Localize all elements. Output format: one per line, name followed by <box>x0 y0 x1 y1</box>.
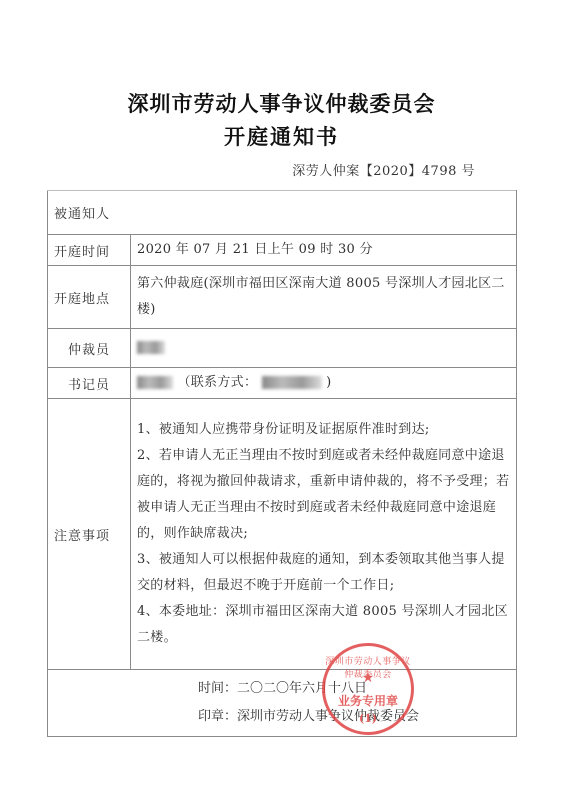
seal-number: (1) <box>325 712 411 725</box>
footer-cell: 时间：二〇二〇年六月十八日 印章：深圳市劳动人事争议仲裁委员会 <box>48 670 517 737</box>
clerk-value: （联系方式： ) <box>131 368 517 399</box>
document-subtitle: 开庭通知书 <box>0 121 563 151</box>
hearing-place-value: 第六仲裁庭(深圳市福田区深南大道 8005 号深圳人才园北区二楼) <box>131 266 517 329</box>
clerk-contact-suffix: ) <box>326 375 331 390</box>
arbitrator-value <box>131 329 517 368</box>
row-notified-party: 被通知人 <box>48 191 517 235</box>
hearing-time-label: 开庭时间 <box>48 235 131 266</box>
redacted-clerk-contact <box>262 376 322 389</box>
arbitrator-label: 仲裁员 <box>48 329 131 368</box>
redacted-arbitrator-name <box>137 341 165 354</box>
hearing-place-label: 开庭地点 <box>48 266 131 329</box>
redacted-clerk-name <box>137 376 173 389</box>
note-item: 3、被通知人可以根据仲裁庭的通知，到本委领取其他当事人提交的材料，但最迟不晚于开… <box>137 547 510 599</box>
seal-star-icon: ★ <box>325 670 411 686</box>
notes-label: 注意事项 <box>48 399 131 670</box>
row-hearing-time: 开庭时间 2020 年 07 月 21 日上午 09 时 30 分 <box>48 235 517 266</box>
note-item: 2、若申请人无正当理由不按时到庭或者未经仲裁庭同意中途退庭的，将视为撤回仲裁请求… <box>137 443 510 547</box>
note-item: 1、被通知人应携带身份证明及证据原件准时到达; <box>137 417 510 443</box>
document-title: 深圳市劳动人事争议仲裁委员会 <box>0 88 563 118</box>
clerk-label: 书记员 <box>48 368 131 399</box>
note-item: 4、本委地址：深圳市福田区深南大道 8005 号深圳人才园北区二楼。 <box>137 599 510 651</box>
seal-center-text: 业务专用章 <box>325 692 411 709</box>
case-number: 深劳人仲案【2020】4798 号 <box>292 160 475 179</box>
clerk-contact-label: （联系方式： <box>177 375 257 390</box>
notified-party-label: 被通知人 <box>48 191 517 235</box>
row-footer: 时间：二〇二〇年六月十八日 印章：深圳市劳动人事争议仲裁委员会 <box>48 670 517 737</box>
row-arbitrator: 仲裁员 <box>48 329 517 368</box>
row-notes: 注意事项 1、被通知人应携带身份证明及证据原件准时到达; 2、若申请人无正当理由… <box>48 399 517 670</box>
row-clerk: 书记员 （联系方式： ) <box>48 368 517 399</box>
hearing-time-value: 2020 年 07 月 21 日上午 09 时 30 分 <box>131 235 517 266</box>
notice-table: 被通知人 开庭时间 2020 年 07 月 21 日上午 09 时 30 分 开… <box>47 190 517 737</box>
official-seal: 深圳市劳动人事争议仲裁委员会 ★ 业务专用章 (1) <box>322 643 414 735</box>
notes-list: 1、被通知人应携带身份证明及证据原件准时到达; 2、若申请人无正当理由不按时到庭… <box>131 399 517 670</box>
row-hearing-place: 开庭地点 第六仲裁庭(深圳市福田区深南大道 8005 号深圳人才园北区二楼) <box>48 266 517 329</box>
